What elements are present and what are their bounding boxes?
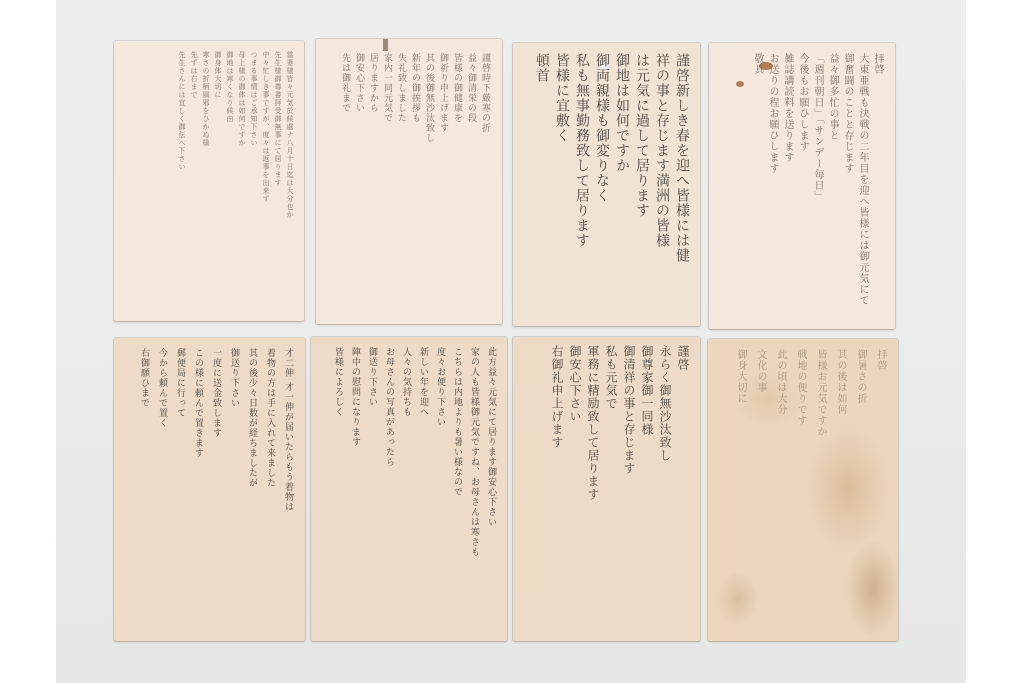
postcard-top-1: 當妻様皆々元気於候處ナ八月十日迄は大分也か 先生様御尊書拝受御無事にて居ります … [114, 41, 304, 321]
postcard-bottom-3: 謹啓 永らく御無沙汰致し 御尊家御一同様 御清祥の事と存じます 私も元気で 軍務… [513, 337, 700, 641]
postcard-top-4: 拝啓 大東亜戦も決戦の二年目を迎へ皆様には御元気にて 御奮闘のことと存じます 益… [709, 43, 895, 329]
postcard-handwriting: 謹啓時下厳寒の折 益々御清栄の段 皆様の御健康を 御祈り申上げます 其の後御無沙… [338, 53, 492, 315]
postcard-bottom-4: 拝啓 御暑さの折 其の後は如何 皆様お元気ですか 戦地の便りです 此の頃は大分 … [708, 339, 898, 641]
postcard-handwriting: 當妻様皆々元気於候處ナ八月十日迄は大分也か 先生様御尊書拝受御無事にて居ります … [176, 51, 296, 313]
postcard-handwriting: 拝啓 御暑さの折 其の後は如何 皆様お元気ですか 戦地の便りです 此の頃は大分 … [730, 349, 890, 634]
postcard-handwriting: 謹啓 永らく御無沙汰致し 御尊家御一同様 御清祥の事と存じます 私も元気で 軍務… [548, 345, 692, 633]
postcard-handwriting: 才二伸 才一伸が届いたらもう着物は 着物の方は手に入れて来ました 其の後少々日数… [135, 348, 297, 633]
postcard-handwriting: 此方益々元気にて居ります御安心下さい 家の人も皆様御元気ですね、お母さんは寒さも… [329, 347, 499, 632]
postcard-handwriting: 謹啓新しき春を迎へ皆様には健 祥の事と存じます満洲の皆様 は元気に過して居ります… [532, 53, 692, 318]
stain-spot [736, 81, 744, 87]
postcard-bottom-2: 此方益々元気にて居ります御安心下さい 家の人も皆様御元気ですね、お母さんは寒さも… [311, 337, 507, 641]
postcard-handwriting: 拝啓 大東亜戦も決戦の二年目を迎へ皆様には御元気にて 御奮闘のことと存じます 益… [750, 53, 885, 321]
card-notch [383, 39, 388, 51]
postcard-bottom-1: 才二伸 才一伸が届いたらもう着物は 着物の方は手に入れて来ました 其の後少々日数… [114, 338, 305, 641]
postcard-top-3: 謹啓新しき春を迎へ皆様には健 祥の事と存じます満洲の皆様 は元気に過して居ります… [513, 43, 700, 326]
postcard-top-2: 謹啓時下厳寒の折 益々御清栄の段 皆様の御健康を 御祈り申上げます 其の後御無沙… [316, 39, 502, 324]
